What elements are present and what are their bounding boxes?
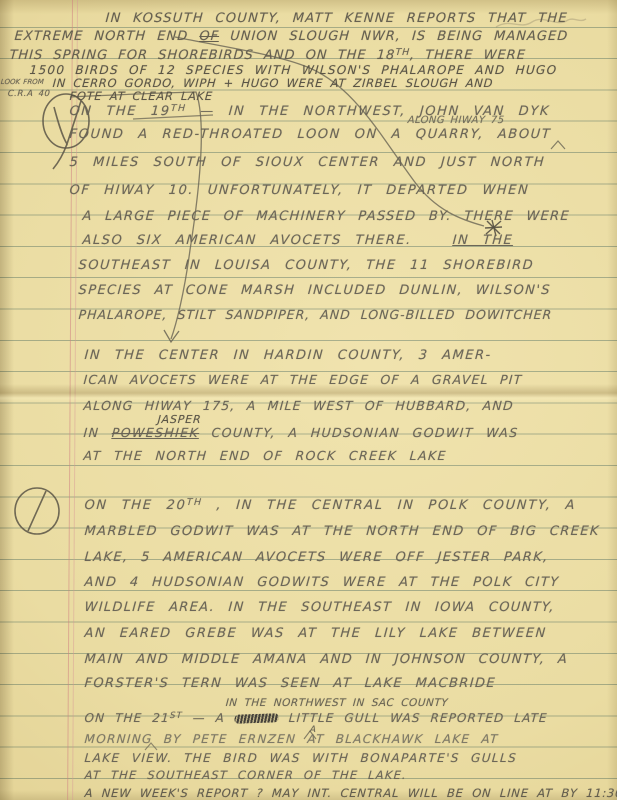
handwritten-line: LAKE VIEW. THE BIRD WAS WITH BONAPARTE'S… — [84, 752, 517, 764]
margin-note: C.R.A 40 — [7, 90, 50, 99]
arrowhead — [164, 330, 179, 342]
text-segment: TH — [395, 47, 411, 58]
text-segment: , IN THE CENTRAL IN POLK COUNTY, A — [202, 498, 577, 513]
insertion-note: ALONG HIWAY 75 — [407, 116, 504, 126]
handwritten-line: FORSTER'S TERN WAS SEEN AT LAKE MACBRIDE — [84, 677, 496, 690]
insertion-note: IN THE NORTHWEST IN SAC COUNTY — [225, 698, 448, 709]
handwritten-line: EXTREME NORTH END OF UNION SLOUGH NWR, I… — [14, 30, 569, 43]
text-segment: IN CERRO GORDO, WIPH + HUGO WERE AT ZIRB… — [52, 76, 493, 90]
text-segment: FOUND A RED-THROATED LOON ON A QUARRY, A… — [69, 127, 552, 142]
handwritten-line: MARBLED GODWIT WAS AT THE NORTH END OF B… — [84, 525, 600, 538]
text-segment: ALSO SIX AMERICAN AVOCETS THERE. — [82, 233, 453, 248]
handwritten-line: IN KOSSUTH COUNTY, MATT KENNE REPORTS TH… — [105, 12, 568, 25]
text-segment: ALONG HIWAY 175, A MILE WEST OF HUBBARD,… — [83, 398, 514, 413]
text-segment: A LARGE PIECE OF MACHINERY PASSED BY. TH… — [82, 209, 570, 224]
text-segment: IN THE CENTER IN HARDIN COUNTY, 3 AMER- — [84, 348, 492, 363]
scribble-redaction — [235, 713, 279, 724]
text-segment: IN KOSSUTH COUNTY, MATT KENNE REPORTS TH… — [105, 11, 568, 26]
circled-slash-mark — [15, 488, 59, 534]
text-segment: — A — [182, 711, 235, 725]
text-segment: AND 4 HUDSONIAN GODWITS WERE AT THE POLK… — [84, 575, 560, 590]
text-segment: SPECIES AT CONE MARSH INCLUDED DUNLIN, W… — [78, 283, 551, 298]
text-segment: WILDLIFE AREA. IN THE SOUTHEAST IN IOWA … — [84, 600, 555, 615]
text-segment: IN THE NORTHWEST IN SAC COUNTY — [225, 697, 448, 709]
text-segment: SOUTHEAST IN LOUISA COUNTY, THE 11 SHORE… — [78, 258, 535, 273]
text-segment: TH — [186, 497, 203, 508]
handwritten-line: AT THE SOUTHEAST CORNER OF THE LAKE. — [84, 770, 407, 782]
text-segment: ON THE 20 — [84, 498, 187, 513]
handwritten-line: AT THE NORTH END OF ROCK CREEK LAKE — [83, 450, 447, 463]
caret-mark — [551, 141, 565, 149]
text-segment: PHALAROPE, STILT SANDPIPER, AND LONG-BIL… — [78, 307, 553, 322]
handwritten-line: 1500 BIRDS OF 12 SPECIES WITH WILSON'S P… — [29, 64, 558, 76]
text-segment: , THERE WERE — [410, 48, 527, 63]
handwritten-line: OF HIWAY 10. UNFORTUNATELY, IT DEPARTED … — [69, 184, 530, 197]
handwritten-line: IN CERRO GORDO, WIPH + HUGO WERE AT ZIRB… — [52, 78, 493, 90]
handwritten-line: ON THE 20TH , IN THE CENTRAL IN POLK COU… — [84, 498, 577, 512]
text-segment: FORSTER'S TERN WAS SEEN AT LAKE MACBRIDE — [84, 676, 496, 691]
text-segment: COUNTY, A HUDSONIAN GODWIT WAS — [199, 425, 520, 440]
text-segment: THIS SPRING FOR SHOREBIRDS AND ON THE 18 — [9, 48, 396, 63]
text-segment: OF — [199, 29, 220, 44]
handwritten-line: A NEW WEEK'S REPORT ? MAY INT. CENTRAL W… — [84, 788, 617, 800]
text-segment: FOTE AT CLEAR LAKE — [69, 89, 213, 103]
handwritten-line: 5 MILES SOUTH OF SIOUX CENTER AND JUST N… — [69, 156, 546, 169]
text-segment: UNION SLOUGH NWR, IS BEING MANAGED — [219, 29, 569, 44]
handwritten-line: PHALAROPE, STILT SANDPIPER, AND LONG-BIL… — [78, 309, 553, 322]
text-segment: AT THE NORTH END OF ROCK CREEK LAKE — [83, 448, 447, 463]
text-segment: LOOK FROM — [1, 78, 45, 86]
handwritten-line: ON THE 21ST — A LITTLE GULL WAS REPORTED… — [84, 712, 548, 724]
insertion-note: JASPER — [157, 414, 202, 425]
handwritten-line: AN EARED GREBE WAS AT THE LILY LAKE BETW… — [84, 627, 547, 640]
text-segment: ON THE 21 — [84, 711, 170, 725]
handwritten-line: SPECIES AT CONE MARSH INCLUDED DUNLIN, W… — [78, 284, 551, 297]
text-segment: ON THE 19 — [69, 104, 171, 119]
text-segment: LITTLE GULL WAS REPORTED LATE — [278, 711, 548, 725]
handwritten-line: FOUND A RED-THROATED LOON ON A QUARRY, A… — [69, 128, 552, 141]
text-segment: MARBLED GODWIT WAS AT THE NORTH END OF B… — [84, 524, 600, 539]
text-segment: LAKE, 5 AMERICAN AVOCETS WERE OFF JESTER… — [84, 550, 549, 565]
handwritten-line: A LARGE PIECE OF MACHINERY PASSED BY. TH… — [82, 210, 570, 223]
handwritten-line: IN POWESHIEK COUNTY, A HUDSONIAN GODWIT … — [83, 427, 519, 440]
text-segment: IN — [83, 425, 112, 440]
handwritten-line: FOTE AT CLEAR LAKE — [69, 91, 213, 103]
handwritten-line: ALONG HIWAY 175, A MILE WEST OF HUBBARD,… — [83, 400, 514, 413]
handwritten-line: AND 4 HUDSONIAN GODWITS WERE AT THE POLK… — [84, 576, 560, 589]
text-segment: 1500 BIRDS OF 12 SPECIES WITH WILSON'S P… — [29, 63, 558, 77]
text-segment: ICAN AVOCETS WERE AT THE EDGE OF A GRAVE… — [83, 372, 523, 387]
text-segment: OF HIWAY 10. UNFORTUNATELY, IT DEPARTED … — [69, 183, 530, 198]
handwritten-line: ICAN AVOCETS WERE AT THE EDGE OF A GRAVE… — [83, 374, 523, 387]
text-segment: AT THE SOUTHEAST CORNER OF THE LAKE. — [84, 768, 407, 782]
text-segment: MAIN AND MIDDLE AMANA AND IN JOHNSON COU… — [84, 652, 569, 667]
handwritten-line: ALSO SIX AMERICAN AVOCETS THERE. IN THE — [82, 234, 514, 247]
handwritten-line: SOUTHEAST IN LOUISA COUNTY, THE 11 SHORE… — [78, 259, 535, 272]
text-segment: AN EARED GREBE WAS AT THE LILY LAKE BETW… — [84, 626, 547, 641]
text-segment: ST — [170, 711, 184, 721]
margin-line — [72, 0, 78, 800]
margin-line — [67, 0, 73, 800]
handwritten-line: WILDLIFE AREA. IN THE SOUTHEAST IN IOWA … — [84, 601, 555, 614]
text-segment: POWESHIEK — [111, 425, 199, 440]
text-segment: EXTREME NORTH END — [14, 29, 200, 44]
text-segment: MORNING BY PETE ERNZEN AT BLACKHAWK LAKE… — [84, 732, 499, 746]
text-segment: LAKE VIEW. THE BIRD WAS WITH BONAPARTE'S… — [84, 751, 518, 765]
handwritten-line: IN THE CENTER IN HARDIN COUNTY, 3 AMER- — [84, 349, 492, 362]
text-segment: IN THE — [452, 233, 514, 248]
handwritten-line: MORNING BY PETE ERNZEN AT BLACKHAWK LAKE… — [84, 733, 499, 745]
text-segment: A NEW WEEK'S REPORT ? MAY INT. CENTRAL W… — [84, 786, 617, 800]
text-segment: C.R.A 40 — [7, 89, 50, 99]
handwritten-line: THIS SPRING FOR SHOREBIRDS AND ON THE 18… — [9, 48, 526, 62]
margin-note: LOOK FROM — [1, 79, 44, 86]
handwritten-line: LAKE, 5 AMERICAN AVOCETS WERE OFF JESTER… — [84, 551, 549, 564]
notebook-page: IN KOSSUTH COUNTY, MATT KENNE REPORTS TH… — [0, 0, 617, 800]
handwritten-line: MAIN AND MIDDLE AMANA AND IN JOHNSON COU… — [84, 653, 569, 666]
text-segment: TH — [170, 103, 187, 114]
text-segment: 5 MILES SOUTH OF SIOUX CENTER AND JUST N… — [69, 155, 546, 170]
text-segment: ALONG HIWAY 75 — [407, 115, 504, 126]
